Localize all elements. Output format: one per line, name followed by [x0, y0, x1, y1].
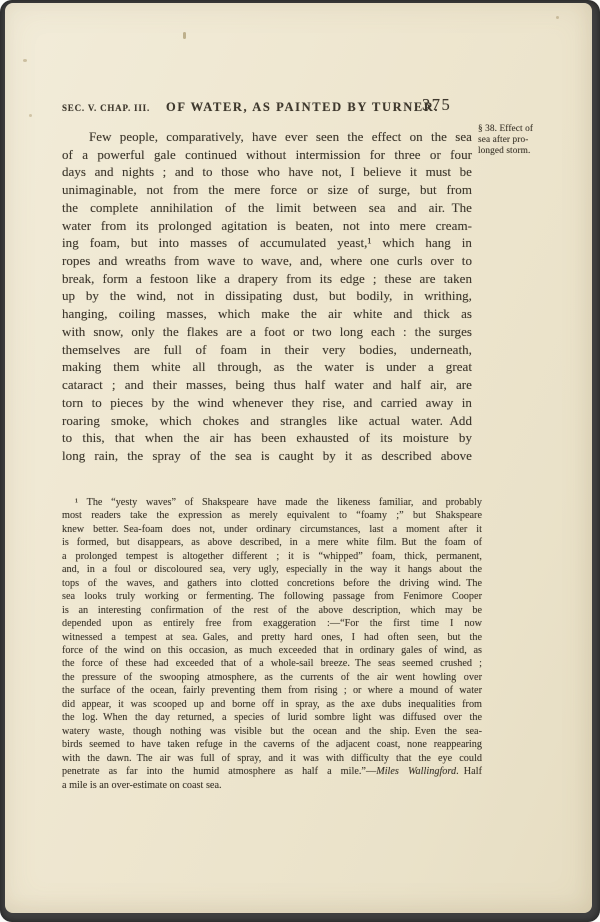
paper-speck: [183, 32, 186, 39]
body-text-line: to this, that when the air has been exha…: [62, 429, 472, 447]
body-text-line: Few people, comparatively, have ever see…: [62, 128, 472, 146]
footnote-text-line: the surface of the ocean, fairly prevent…: [62, 684, 482, 697]
body-text-line: unimaginable, not from the mere force or…: [62, 181, 472, 199]
footnote-text-line: sea looks truly working or fermenting. T…: [62, 590, 482, 603]
margin-note-line: longed storm.: [478, 146, 564, 157]
footnote-text-line: did appear, it was scooped up and borne …: [62, 698, 482, 711]
citation-source: Miles Wallingford: [376, 766, 456, 777]
margin-note-line: sea after pro-: [478, 135, 564, 146]
body-text-line: cataract ; and their masses, being thus …: [62, 376, 472, 394]
body-text-line: of a powerful gale continued without int…: [62, 146, 472, 164]
citation-post: . Half: [456, 766, 482, 777]
body-text-line: ropes and wreaths from wave to wave, and…: [62, 252, 472, 270]
footnote-text-line: and, in a foul or discoloured sea, very …: [62, 563, 482, 576]
footnote-text-line: most readers take the expression as mere…: [62, 509, 482, 522]
footnote-text-line: the log. When the day returned, a specie…: [62, 711, 482, 724]
footnote-text-line: the force of these had exceeded that of …: [62, 657, 482, 670]
footnote-text-line: depended upon as entirely free from exag…: [62, 617, 482, 630]
running-header-title: OF WATER, AS PAINTED BY TURNER.: [166, 100, 439, 115]
footnote: ¹ The “yesty waves” of Shakspeare have m…: [62, 496, 482, 792]
body-text-line: torn to pieces by the wind whenever they…: [62, 394, 472, 412]
paper-speck: [23, 59, 27, 62]
footnote-text-line: birds seemed to have taken refuge in the…: [62, 738, 482, 751]
body-text-line: long rain, the spray of the sea is caugh…: [62, 447, 472, 465]
body-text-line: break, form a festoon like a drapery fro…: [62, 270, 472, 288]
body-text-line: making them white all through, as the wa…: [62, 358, 472, 376]
footnote-text-line: knew better. Sea-foam does not, under or…: [62, 523, 482, 536]
footnote-text-line: with the dawn. The air was full of spray…: [62, 752, 482, 765]
body-text-line: days and nights ; and to those who have …: [62, 163, 472, 181]
footnote-citation-line: penetrate as far into the humid atmosphe…: [62, 765, 482, 778]
paper-speck: [556, 16, 559, 19]
footnote-text-line: tops of the waves, and gathers into clot…: [62, 577, 482, 590]
page-number: 375: [422, 95, 451, 115]
paper-speck: [29, 114, 32, 117]
footnote-text-line: the pressure of the swooping atmosphere,…: [62, 671, 482, 684]
body-text-line: ing foam, but into masses of accumulated…: [62, 234, 472, 252]
body-text-line: hanging, coiling masses, which make the …: [62, 305, 472, 323]
body-text-line: roaring smoke, which chokes and strangle…: [62, 412, 472, 430]
body-text-line: themselves are full of foam in their ver…: [62, 341, 472, 359]
body-text-line: the complete annihilation of the limit b…: [62, 199, 472, 217]
margin-note: § 38. Effect ofsea after pro-longed stor…: [478, 124, 564, 158]
citation-pre: penetrate as far into the humid atmosphe…: [62, 766, 376, 777]
footnote-text-line: is an interesting confirmation of the re…: [62, 604, 482, 617]
margin-note-line: § 38. Effect of: [478, 124, 564, 135]
footnote-text-line: is formed, but disappears, as above desc…: [62, 536, 482, 549]
body-paragraph: Few people, comparatively, have ever see…: [62, 128, 472, 465]
footnote-text-line: watery waste, though nothing was visible…: [62, 725, 482, 738]
footnote-text-line: a prolonged tempest is altogether differ…: [62, 550, 482, 563]
body-text-line: up by the wind, not in dissipating dust,…: [62, 287, 472, 305]
footnote-text-line: force of the wind on this occasion, as m…: [62, 644, 482, 657]
running-header-section: SEC. V. CHAP. III.: [62, 103, 150, 113]
footnote-text-line: witnessed a tempest at sea. Gales, and p…: [62, 631, 482, 644]
footnote-last-line: a mile is an over-estimate on coast sea.: [62, 779, 482, 792]
footnote-text-line: ¹ The “yesty waves” of Shakspeare have m…: [62, 496, 482, 509]
body-text-line: water from its prolonged agitation is be…: [62, 217, 472, 235]
scanned-book-page: SEC. V. CHAP. III. OF WATER, AS PAINTED …: [0, 0, 600, 922]
body-text-line: with snow, only the flakes are a foot or…: [62, 323, 472, 341]
